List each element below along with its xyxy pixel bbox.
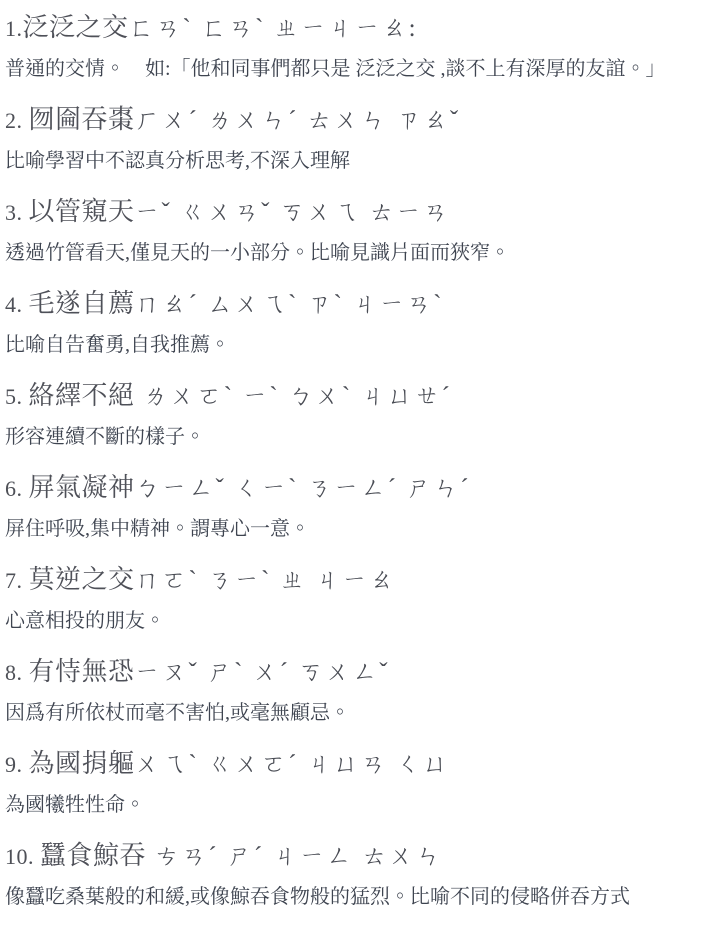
idiom-entry: 3. 以管窺天ㄧˇ ㄍㄨㄢˇ ㄎㄨㄟ ㄊㄧㄢ 透過竹管看天,僅見天的一小部分。比… xyxy=(5,196,710,265)
entry-number: 6. xyxy=(5,476,29,501)
zhuyin-pronunciation: ㄇㄛˋ ㄋㄧˋ ㄓ ㄐㄧㄠ xyxy=(135,567,396,594)
idiom-entry: 1.泛泛之交ㄈㄢˋ ㄈㄢˋ ㄓㄧㄐㄧㄠ: 普通的交情。 如:「他和同事們都只是 … xyxy=(5,12,710,81)
idiom-heading: 8. 有恃無恐ㄧㄡˇ ㄕˋ ㄨˊ ㄎㄨㄥˇ xyxy=(5,656,710,689)
zhuyin-pronunciation: ㄧㄡˇ ㄕˋ ㄨˊ ㄎㄨㄥˇ xyxy=(135,659,390,686)
idiom-heading: 9. 為國捐軀ㄨㄟˋ ㄍㄨㄛˊ ㄐㄩㄢ ㄑㄩ xyxy=(5,748,710,781)
idiom-heading: 6. 屏氣凝神ㄅㄧㄥˇ ㄑㄧˋ ㄋㄧㄥˊ ㄕㄣˊ xyxy=(5,472,710,505)
idiom-entry: 6. 屏氣凝神ㄅㄧㄥˇ ㄑㄧˋ ㄋㄧㄥˊ ㄕㄣˊ 屏住呼吸,集中精神。謂專心一意… xyxy=(5,472,710,541)
idiom-heading: 4. 毛遂自薦ㄇㄠˊ ㄙㄨㄟˋ ㄗˋ ㄐㄧㄢˋ xyxy=(5,288,710,321)
idiom-entry: 9. 為國捐軀ㄨㄟˋ ㄍㄨㄛˊ ㄐㄩㄢ ㄑㄩ 為國犧牲性命。 xyxy=(5,748,710,817)
idiom-text: 絡繹不絕 xyxy=(29,381,135,410)
idiom-text: 有恃無恐 xyxy=(29,657,135,686)
idiom-definition: 比喻學習中不認真分析思考,不深入理解 xyxy=(5,149,710,173)
idiom-text: 莫逆之交 xyxy=(29,565,135,594)
entry-number: 2. xyxy=(5,108,29,133)
idiom-study-sheet: 1.泛泛之交ㄈㄢˋ ㄈㄢˋ ㄓㄧㄐㄧㄠ: 普通的交情。 如:「他和同事們都只是 … xyxy=(0,0,714,938)
zhuyin-pronunciation: ㄏㄨˊ ㄌㄨㄣˊ ㄊㄨㄣ ㄗㄠˇ xyxy=(135,107,461,134)
idiom-entry: 8. 有恃無恐ㄧㄡˇ ㄕˋ ㄨˊ ㄎㄨㄥˇ 因爲有所依杖而毫不害怕,或毫無顧忌。 xyxy=(5,656,710,725)
idiom-entry: 5. 絡繹不絕 ㄌㄨㄛˋ ㄧˋ ㄅㄨˋ ㄐㄩㄝˊ 形容連續不斷的樣子。 xyxy=(5,380,710,449)
idiom-text: 屏氣凝神 xyxy=(29,473,135,502)
idiom-heading: 2. 囫圇吞棗ㄏㄨˊ ㄌㄨㄣˊ ㄊㄨㄣ ㄗㄠˇ xyxy=(5,104,710,137)
entry-number: 3. xyxy=(5,200,29,225)
zhuyin-pronunciation: ㄅㄧㄥˇ ㄑㄧˋ ㄋㄧㄥˊ ㄕㄣˊ xyxy=(135,475,471,502)
idiom-text: 毛遂自薦 xyxy=(29,289,135,318)
entry-number: 4. xyxy=(5,292,29,317)
idiom-definition: 比喻自告奮勇,自我推薦。 xyxy=(5,333,710,357)
idiom-text: 為國捐軀 xyxy=(29,749,135,778)
zhuyin-pronunciation: ㄇㄠˊ ㄙㄨㄟˋ ㄗˋ ㄐㄧㄢˋ xyxy=(135,291,444,318)
idiom-definition: 心意相投的朋友。 xyxy=(5,609,710,633)
idiom-text: 蠶食鯨吞 xyxy=(40,841,146,870)
idiom-text: 泛泛之交 xyxy=(23,13,129,42)
idiom-entry: 10. 蠶食鯨吞 ㄘㄢˊ ㄕˊ ㄐㄧㄥ ㄊㄨㄣ 像蠶吃桑葉般的和緩,或像鯨吞食物… xyxy=(5,840,710,909)
idiom-heading: 7. 莫逆之交ㄇㄛˋ ㄋㄧˋ ㄓ ㄐㄧㄠ xyxy=(5,564,710,597)
idiom-text: 囫圇吞棗 xyxy=(29,105,135,134)
idiom-definition: 屏住呼吸,集中精神。謂專心一意。 xyxy=(5,517,710,541)
idiom-heading: 1.泛泛之交ㄈㄢˋ ㄈㄢˋ ㄓㄧㄐㄧㄠ: xyxy=(5,12,710,45)
idiom-list: 1.泛泛之交ㄈㄢˋ ㄈㄢˋ ㄓㄧㄐㄧㄠ: 普通的交情。 如:「他和同事們都只是 … xyxy=(5,12,710,909)
idiom-entry: 4. 毛遂自薦ㄇㄠˊ ㄙㄨㄟˋ ㄗˋ ㄐㄧㄢˋ 比喻自告奮勇,自我推薦。 xyxy=(5,288,710,357)
zhuyin-pronunciation: ㄘㄢˊ ㄕˊ ㄐㄧㄥ ㄊㄨㄣ xyxy=(146,843,443,870)
entry-number: 9. xyxy=(5,752,29,777)
idiom-heading: 10. 蠶食鯨吞 ㄘㄢˊ ㄕˊ ㄐㄧㄥ ㄊㄨㄣ xyxy=(5,840,710,873)
zhuyin-pronunciation: ㄈㄢˋ ㄈㄢˋ ㄓㄧㄐㄧㄠ: xyxy=(129,15,418,42)
idiom-definition: 為國犧牲性命。 xyxy=(5,793,710,817)
zhuyin-pronunciation: ㄨㄟˋ ㄍㄨㄛˊ ㄐㄩㄢ ㄑㄩ xyxy=(135,751,450,778)
idiom-heading: 5. 絡繹不絕 ㄌㄨㄛˋ ㄧˋ ㄅㄨˋ ㄐㄩㄝˊ xyxy=(5,380,710,413)
idiom-entry: 2. 囫圇吞棗ㄏㄨˊ ㄌㄨㄣˊ ㄊㄨㄣ ㄗㄠˇ 比喻學習中不認真分析思考,不深入… xyxy=(5,104,710,173)
idiom-entry: 7. 莫逆之交ㄇㄛˋ ㄋㄧˋ ㄓ ㄐㄧㄠ 心意相投的朋友。 xyxy=(5,564,710,633)
entry-number: 1. xyxy=(5,16,23,41)
idiom-definition: 透過竹管看天,僅見天的一小部分。比喻見識片面而狹窄。 xyxy=(5,241,710,265)
entry-number: 10. xyxy=(5,844,40,869)
zhuyin-pronunciation: ㄧˇ ㄍㄨㄢˇ ㄎㄨㄟ ㄊㄧㄢ xyxy=(135,199,450,226)
idiom-definition: 因爲有所依杖而毫不害怕,或毫無顧忌。 xyxy=(5,701,710,725)
idiom-text: 以管窺天 xyxy=(29,197,135,226)
entry-number: 8. xyxy=(5,660,29,685)
idiom-definition: 像蠶吃桑葉般的和緩,或像鯨吞食物般的猛烈。比喻不同的侵略併吞方式 xyxy=(5,885,710,909)
entry-number: 5. xyxy=(5,384,29,409)
idiom-definition: 普通的交情。 如:「他和同事們都只是 泛泛之交 ,談不上有深厚的友誼。」 xyxy=(5,57,710,81)
idiom-heading: 3. 以管窺天ㄧˇ ㄍㄨㄢˇ ㄎㄨㄟ ㄊㄧㄢ xyxy=(5,196,710,229)
entry-number: 7. xyxy=(5,568,29,593)
zhuyin-pronunciation: ㄌㄨㄛˋ ㄧˋ ㄅㄨˋ ㄐㄩㄝˊ xyxy=(135,383,452,410)
idiom-definition: 形容連續不斷的樣子。 xyxy=(5,425,710,449)
